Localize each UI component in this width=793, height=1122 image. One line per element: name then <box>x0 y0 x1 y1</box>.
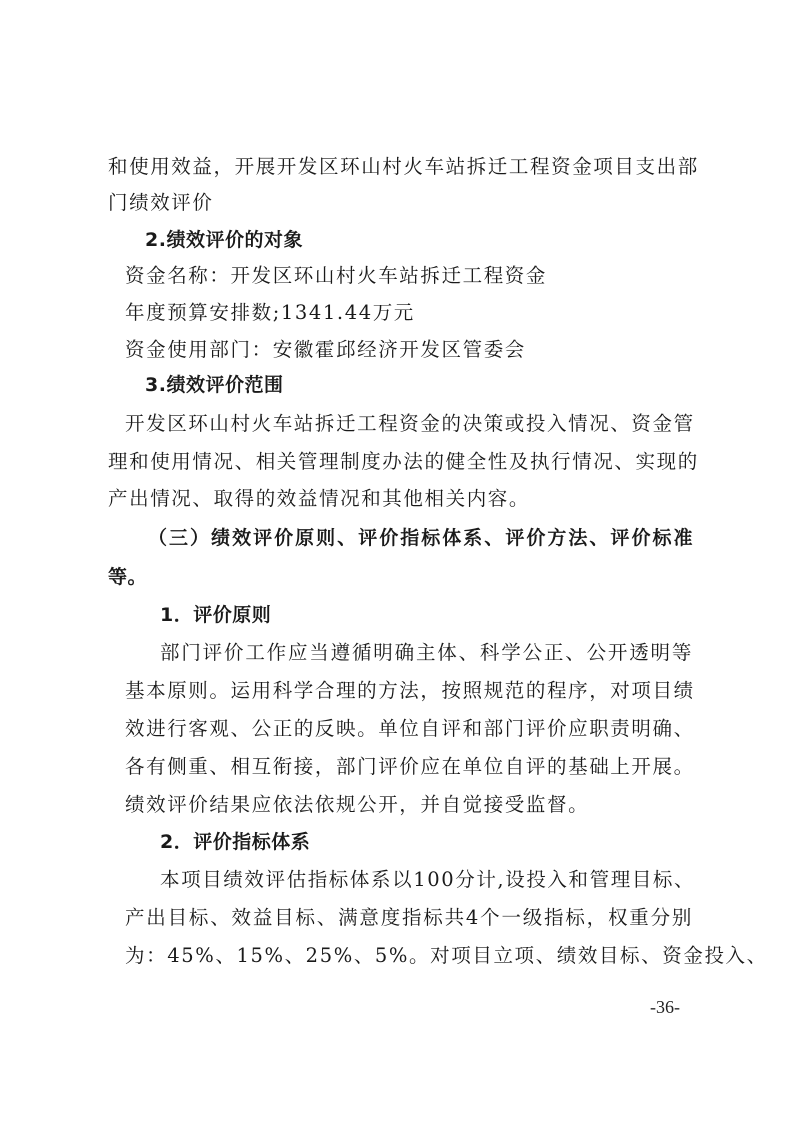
chapter-heading: （三）绩效评价原则、评价指标体系、评价方法、评价标准 <box>148 526 693 550</box>
body-text-line: 本项目绩效评估指标体系以100分计,设投入和管理目标、 <box>160 868 693 892</box>
body-text-line: 产出情况、取得的效益情况和其他相关内容。 <box>108 487 693 511</box>
body-text-line: 部门评价工作应当遵循明确主体、科学公正、公开透明等 <box>160 641 693 665</box>
subsection-heading: 2．评价指标体系 <box>160 830 745 854</box>
body-text-line: 产出目标、效益目标、满意度指标共4个一级指标，权重分别 <box>125 906 693 930</box>
body-text-line: 效进行客观、公正的反映。单位自评和部门评价应职责明确、 <box>125 717 693 741</box>
body-text-line: 各有侧重、相互衔接，部门评价应在单位自评的基础上开展。 <box>125 755 693 779</box>
fund-department-line: 资金使用部门：安徽霍邱经济开发区管委会 <box>125 338 710 362</box>
body-text-line: 基本原则。运用科学合理的方法，按照规范的程序，对项目绩 <box>125 679 693 703</box>
body-text-line: 门绩效评价 <box>108 191 693 215</box>
document-page: 和使用效益，开展开发区环山村火车站拆迁工程资金项目支出部 门绩效评价 2.绩效评… <box>0 0 793 1122</box>
chapter-heading-continuation: 等。 <box>108 565 693 589</box>
body-text-line: 绩效评价结果应依法依规公开，并自觉接受监督。 <box>125 793 710 817</box>
body-text-line: 开发区环山村火车站拆迁工程资金的决策或投入情况、资金管 <box>125 412 693 436</box>
body-text-line: 为：45%、15%、25%、5%。对项目立项、绩效目标、资金投入、 <box>125 944 693 968</box>
body-text-line: 和使用效益，开展开发区环山村火车站拆迁工程资金项目支出部 <box>108 155 693 179</box>
fund-name-line: 资金名称：开发区环山村火车站拆迁工程资金 <box>125 264 710 288</box>
section-heading: 2.绩效评价的对象 <box>145 228 730 252</box>
subsection-heading: 1．评价原则 <box>160 603 745 627</box>
body-text-line: 理和使用情况、相关管理制度办法的健全性及执行情况、实现的 <box>108 450 693 474</box>
section-heading: 3.绩效评价范围 <box>145 373 730 397</box>
page-number: -36- <box>650 996 680 1018</box>
annual-budget-line: 年度预算安排数;1341.44万元 <box>125 301 710 325</box>
